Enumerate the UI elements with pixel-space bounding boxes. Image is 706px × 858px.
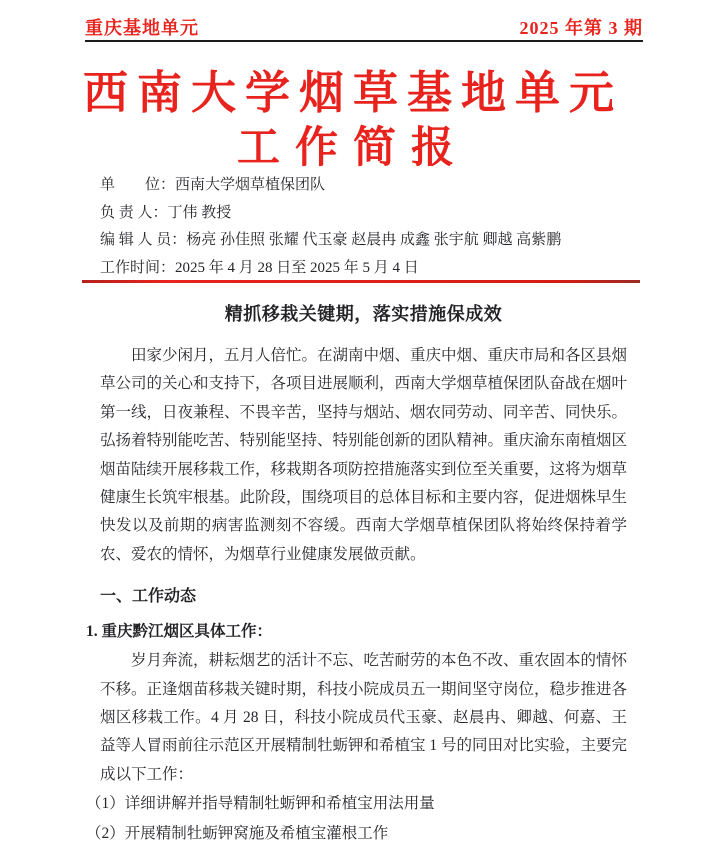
meta-row-lead: 负 责 人：丁伟 教授 xyxy=(100,200,630,228)
meta-label-lead: 负 责 人： xyxy=(100,205,168,221)
masthead: 重庆基地单元 2025 年第 3 期 xyxy=(85,14,643,40)
subsection-title-qianjiang: 1. 重庆黔江烟区具体工作： xyxy=(86,617,627,647)
meta-label-unit: 单 位： xyxy=(100,177,175,193)
masthead-issue-label: 2025 年第 3 期 xyxy=(520,14,644,40)
article-body: 精抓移栽关键期，落实措施保成效 田家少闲月，五月人倍忙。在湖南中烟、重庆中烟、重… xyxy=(100,300,627,848)
work-item-1: （1）详细讲解并指导精制牡蛎钾和希植宝用法用量 xyxy=(86,789,627,819)
meta-row-editors: 编 辑 人 员：杨亮 孙佳照 张耀 代玉豪 赵晨冉 成鑫 张宇航 卿越 高紫鹏 xyxy=(100,227,630,255)
masthead-divider-rule xyxy=(85,40,643,42)
header-red-rule xyxy=(82,280,640,283)
meta-row-period: 工作时间：2025 年 4 月 28 日至 2025 年 5 月 4 日 xyxy=(100,255,630,283)
meta-row-unit: 单 位：西南大学烟草植保团队 xyxy=(100,172,630,200)
meta-value-period: 2025 年 4 月 28 日至 2025 年 5 月 4 日 xyxy=(175,260,419,276)
qianjiang-paragraph: 岁月奔流，耕耘烟艺的活计不忘、吃苦耐劳的本色不改、重农固本的情怀不移。正逢烟苗移… xyxy=(100,647,627,789)
metadata-block: 单 位：西南大学烟草植保团队 负 责 人：丁伟 教授 编 辑 人 员：杨亮 孙佳… xyxy=(100,172,630,282)
meta-label-period: 工作时间： xyxy=(100,260,175,276)
meta-value-editors: 杨亮 孙佳照 张耀 代玉豪 赵晨冉 成鑫 张宇航 卿越 高紫鹏 xyxy=(186,232,561,248)
masthead-unit-label: 重庆基地单元 xyxy=(85,14,199,40)
bulletin-page: 重庆基地单元 2025 年第 3 期 西南大学烟草基地单元 工作简报 单 位：西… xyxy=(0,0,706,858)
section-title-work-updates: 一、工作动态 xyxy=(100,583,627,611)
document-title-line1: 西南大学烟草基地单元 xyxy=(0,56,706,121)
meta-value-unit: 西南大学烟草植保团队 xyxy=(175,177,325,193)
lead-paragraph: 田家少闲月，五月人倍忙。在湖南中烟、重庆中烟、重庆市局和各区县烟草公司的关心和支… xyxy=(100,342,627,569)
document-title-line2: 工作简报 xyxy=(0,114,706,175)
meta-label-editors: 编 辑 人 员： xyxy=(100,232,186,248)
article-headline: 精抓移栽关键期，落实措施保成效 xyxy=(100,300,627,328)
meta-value-lead: 丁伟 教授 xyxy=(168,205,232,221)
work-item-2: （2）开展精制牡蛎钾窝施及希植宝灌根工作 xyxy=(86,819,627,849)
